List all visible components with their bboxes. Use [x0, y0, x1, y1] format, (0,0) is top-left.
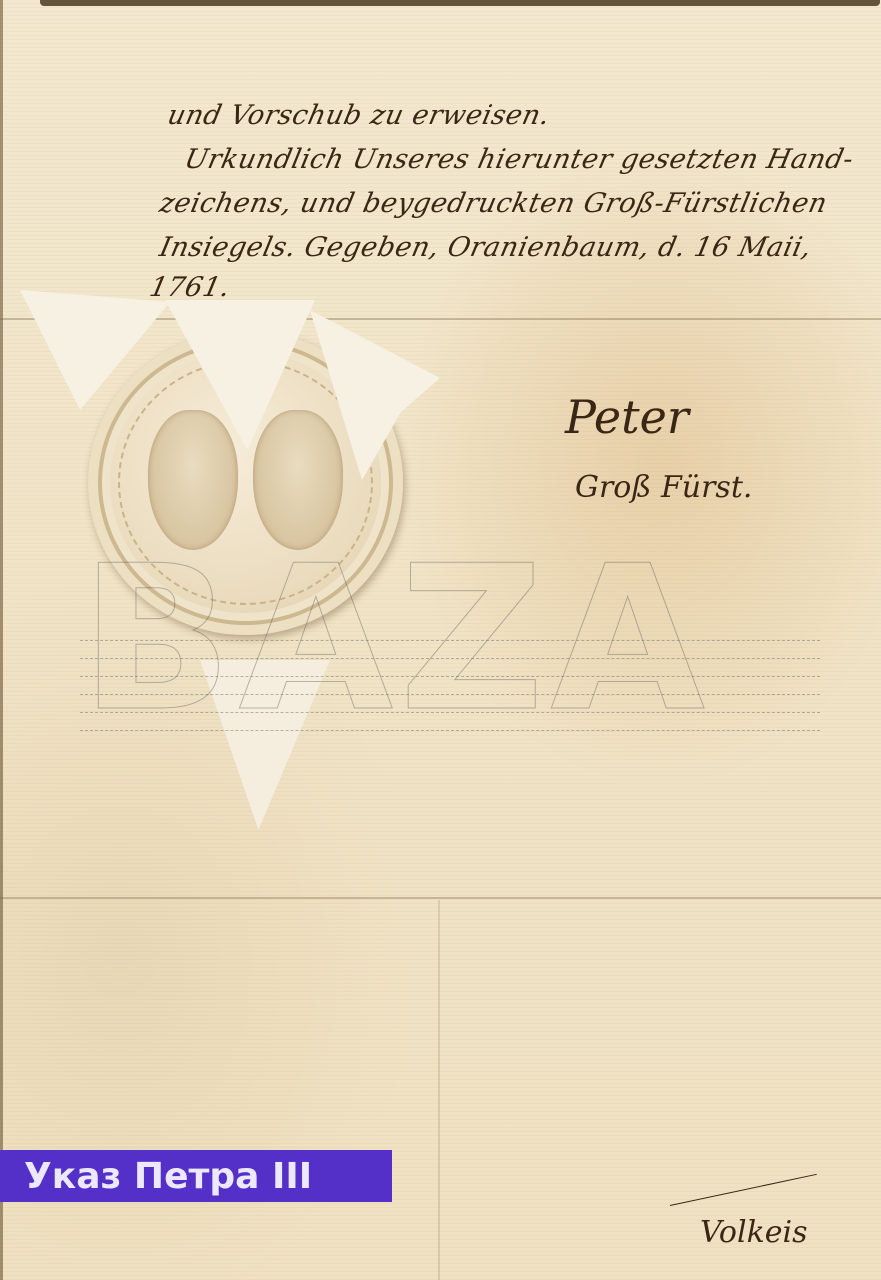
- caption-banner: Указ Петра III: [0, 1150, 392, 1202]
- paper-top-edge: [40, 0, 880, 6]
- watermark-stripe: [80, 694, 820, 696]
- text-line-1: und Vorschub zu erweisen.: [165, 100, 553, 131]
- fold-line-vertical: [438, 900, 440, 1280]
- signature-peter: Peter: [565, 390, 689, 444]
- watermark-stripe: [80, 676, 820, 678]
- watermark-stripe: [80, 658, 820, 660]
- watermark-stripe: [80, 712, 820, 714]
- watermark-stripe: [80, 640, 820, 642]
- signature-title: Groß Fürst.: [575, 470, 752, 505]
- fold-line-lower: [0, 897, 881, 899]
- paper-left-edge: [0, 0, 3, 1280]
- text-line-4: Insiegels. Gegeben, Oranienbaum, d. 16 M…: [157, 232, 815, 263]
- text-line-3: zeichens, und beygedruckten Groß-Fürstli…: [157, 188, 830, 219]
- countersignature: Volkeis: [700, 1215, 808, 1250]
- watermark-stripe: [80, 730, 820, 732]
- caption-text: Указ Петра III: [24, 1156, 312, 1197]
- text-line-2: Urkundlich Unseres hierunter gesetzten H…: [182, 144, 857, 175]
- text-line-5: 1761.: [147, 272, 233, 303]
